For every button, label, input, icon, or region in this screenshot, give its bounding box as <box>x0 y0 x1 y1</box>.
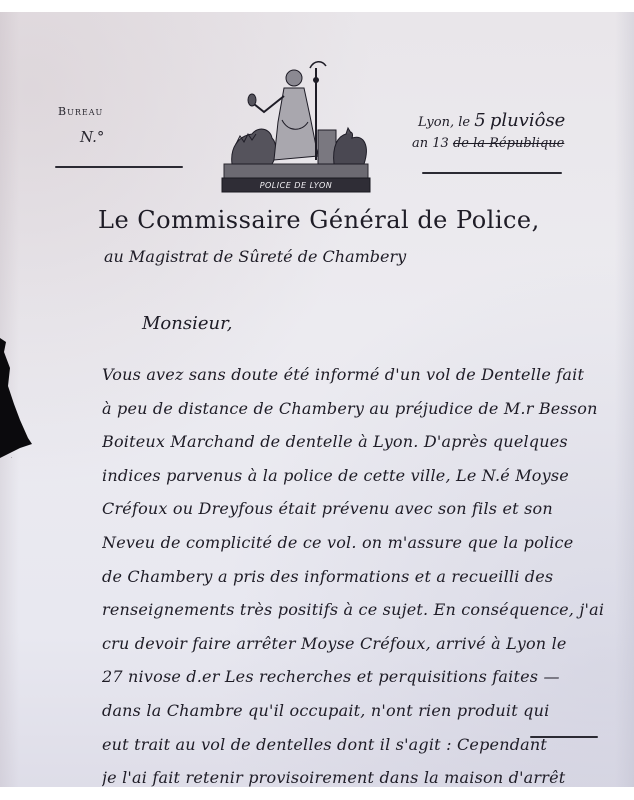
dateline-place: Lyon, le 5 pluviôse <box>418 110 565 131</box>
number-label: N.° <box>80 128 104 146</box>
body-line: cru devoir faire arrêter Moyse Créfoux, … <box>102 627 617 661</box>
number-rule <box>55 166 183 168</box>
place-name: Lyon, le <box>418 115 470 130</box>
date-rule <box>422 172 562 174</box>
letter-body: Vous avez sans doute été informé d'un vo… <box>102 358 617 795</box>
body-line: Boiteux Marchand de dentelle à Lyon. D'a… <box>102 425 617 459</box>
dateline-year: an 13 de la République <box>412 136 564 151</box>
body-line: renseignements très positifs à ce sujet.… <box>102 593 617 627</box>
body-line: indices parvenus à la police de cette vi… <box>102 459 617 493</box>
body-line: Neveu de complicité de ce vol. on m'assu… <box>102 526 617 560</box>
body-line: je l'ai fait retenir provisoirement dans… <box>102 761 617 795</box>
year-prefix: an 13 <box>412 136 449 151</box>
body-line: Créfoux ou Dreyfous était prévenu avec s… <box>102 492 617 526</box>
addressee-line: au Magistrat de Sûreté de Chambery <box>104 247 406 266</box>
body-line: eut trait au vol de dentelles dont il s'… <box>102 728 617 762</box>
bureau-label: Bureau <box>58 105 103 118</box>
police-emblem-icon <box>218 60 374 194</box>
closing-flourish <box>530 736 598 738</box>
date-day: 5 <box>474 110 485 131</box>
body-line: à peu de distance de Chambery au préjudi… <box>102 392 617 426</box>
date-month: pluviôse <box>490 110 566 131</box>
body-line: Vous avez sans doute été informé d'un vo… <box>102 358 617 392</box>
sender-heading: Le Commissaire Général de Police, <box>98 206 540 234</box>
body-line: 27 nivose d.er Les recherches et perquis… <box>102 660 617 694</box>
body-line: de Chambery a pris des informations et a… <box>102 560 617 594</box>
year-struck-text: de la République <box>453 136 564 151</box>
salutation: Monsieur, <box>142 313 232 334</box>
body-line: dans la Chambre qu'il occupait, n'ont ri… <box>102 694 617 728</box>
vignette-caption: POLICE DE LYON <box>226 181 366 190</box>
torn-edge <box>0 338 34 458</box>
